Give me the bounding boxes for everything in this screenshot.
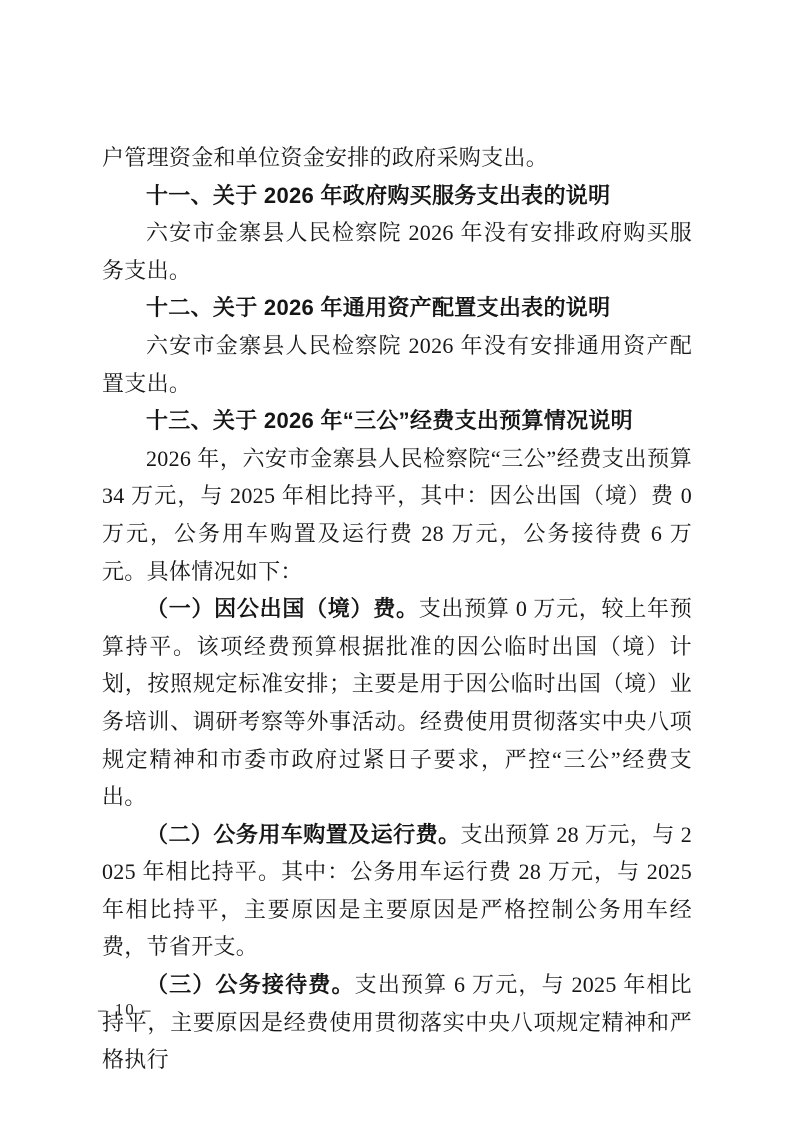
paragraph: 六安市金寨县人民检察院 2026 年没有安排政府购买服务支出。 — [102, 214, 692, 289]
paragraph-lead-bold: （二）公务用车购置及运行费。 — [146, 822, 461, 847]
paragraph-text: 户管理资金和单位资金安排的政府采购支出。 — [102, 145, 548, 170]
section-heading-11: 十一、关于 2026 年政府购买服务支出表的说明 — [102, 177, 692, 215]
paragraph-item-2: （二）公务用车购置及运行费。支出预算 28 万元，与 2025 年相比持平。其中… — [102, 816, 692, 966]
paragraph-lead-bold: （一）因公出国（境）费。 — [146, 596, 419, 621]
paragraph-text: 支出预算 0 万元，较上年预算持平。该项经费预算根据批准的因公临时出国（境）计划… — [102, 596, 692, 809]
section-heading-13: 十三、关于 2026 年“三公”经费支出预算情况说明 — [102, 402, 692, 440]
paragraph-text: 2026 年，六安市金寨县人民检察院“三公”经费支出预算 34 万元，与 202… — [102, 446, 692, 584]
heading-text: 十二、关于 2026 年通用资产配置支出表的说明 — [146, 295, 610, 320]
section-heading-12: 十二、关于 2026 年通用资产配置支出表的说明 — [102, 289, 692, 327]
paragraph: 2026 年，六安市金寨县人民检察院“三公”经费支出预算 34 万元，与 202… — [102, 440, 692, 590]
paragraph-text: 六安市金寨县人民检察院 2026 年没有安排通用资产配置支出。 — [102, 333, 692, 396]
paragraph-item-3: （三）公务接待费。支出预算 6 万元，与 2025 年相比持平，主要原因是经费使… — [102, 966, 692, 1079]
paragraph-text: 六安市金寨县人民检察院 2026 年没有安排政府购买服务支出。 — [102, 220, 692, 283]
paragraph-item-1: （一）因公出国（境）费。支出预算 0 万元，较上年预算持平。该项经费预算根据批准… — [102, 590, 692, 816]
heading-text: 十一、关于 2026 年政府购买服务支出表的说明 — [146, 183, 610, 208]
document-body: 户管理资金和单位资金安排的政府采购支出。 十一、关于 2026 年政府购买服务支… — [102, 139, 692, 1079]
paragraph-continuation: 户管理资金和单位资金安排的政府采购支出。 — [102, 139, 692, 177]
heading-text: 十三、关于 2026 年“三公”经费支出预算情况说明 — [146, 408, 633, 433]
page-number: – 10 – — [98, 999, 153, 1021]
paragraph: 六安市金寨县人民检察院 2026 年没有安排通用资产配置支出。 — [102, 327, 692, 402]
document-page: 户管理资金和单位资金安排的政府采购支出。 十一、关于 2026 年政府购买服务支… — [0, 0, 793, 1122]
paragraph-lead-bold: （三）公务接待费。 — [146, 972, 355, 997]
